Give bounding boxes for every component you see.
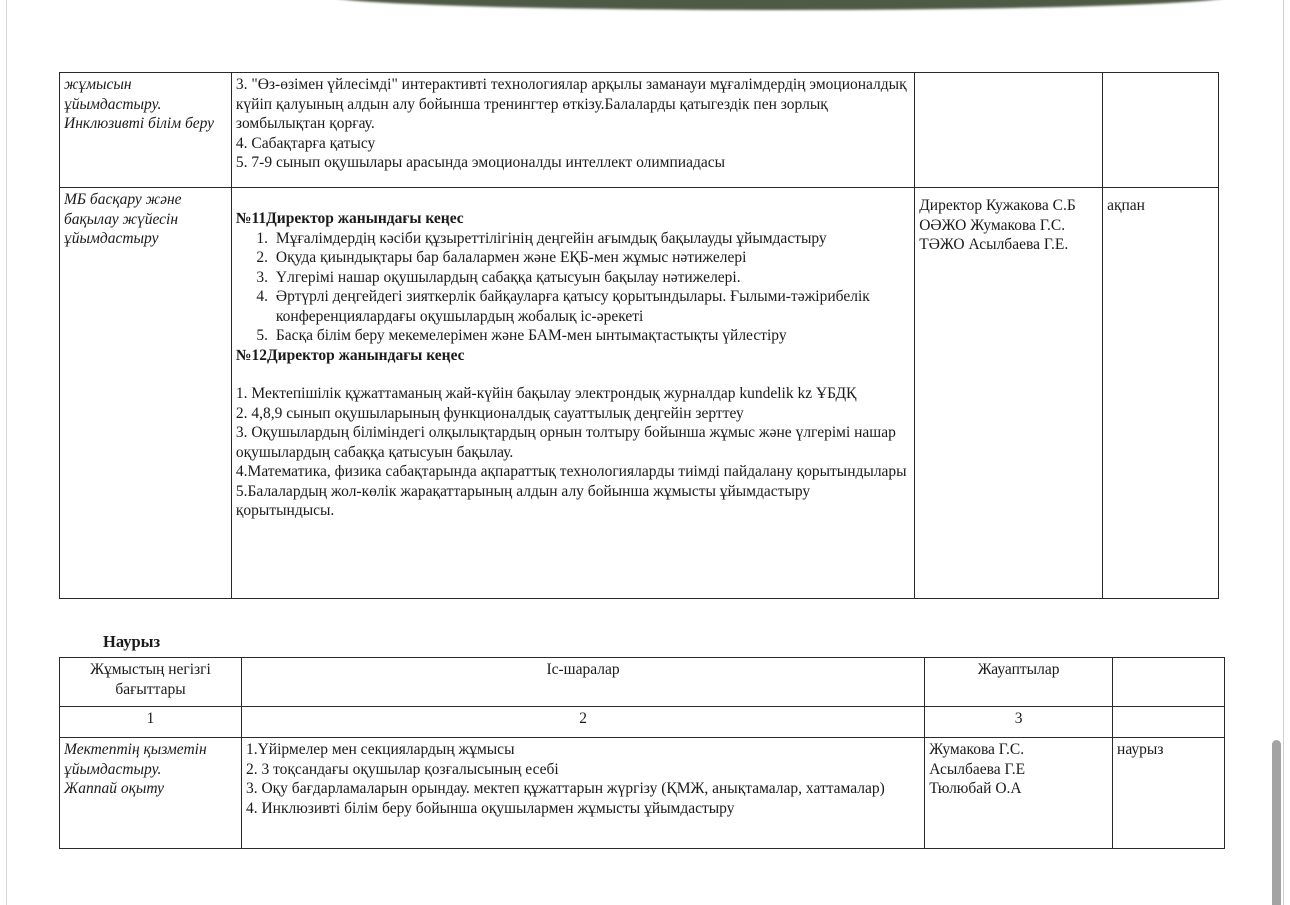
column-number: 3 <box>925 707 1113 738</box>
list-item: Басқа білім беру мекемелерімен және БАМ-… <box>272 326 910 346</box>
list-item: Үлгерімі нашар оқушылардың сабаққа қатыс… <box>272 268 910 288</box>
responsible-person: Жумакова Г.С. <box>929 740 1108 760</box>
page-right-edge <box>1283 0 1284 905</box>
column-number: 1 <box>60 707 242 738</box>
responsible-cell: Директор Кужакова С.Б ОӘЖО Жумакова Г.С.… <box>915 188 1103 599</box>
table-row: жұмысын ұйымдастыру. Инклюзивті білім бе… <box>60 73 1219 188</box>
activity-item: 2. 3 тоқсандағы оқушылар қозғалысының ес… <box>246 760 920 780</box>
responsible-cell: Жумакова Г.С. Асылбаева Г.Е Тюлюбай О.А <box>925 738 1113 849</box>
council-title: №11Директор жанындағы кеңес <box>236 209 910 229</box>
responsible-cell <box>915 73 1103 188</box>
direction-cell: Мектептің қызметін ұйымдастыру. Жаппай о… <box>60 738 242 849</box>
council-items-list: Мұғалімдердің кәсіби құзыреттілігінің де… <box>236 229 910 346</box>
column-number-row: 1 2 3 <box>60 707 1225 738</box>
activity-item: 4. Инклюзивті білім беру бойынша оқушыла… <box>246 799 920 819</box>
list-item: 3. Оқушылардың біліміндегі олқылықтардың… <box>236 423 910 462</box>
responsible-person: ТӘЖО Асылбаева Г.Е. <box>919 235 1098 255</box>
table-header-row: Жұмыстың негізгі бағыттары Іс-шаралар Жа… <box>60 658 1225 707</box>
month-title: Наурыз <box>103 632 160 652</box>
table-row: МБ басқару және бақылау жүйесін ұйымдаст… <box>60 188 1219 599</box>
list-item: 4.Математика, физика сабақтарында ақпара… <box>236 462 910 482</box>
deadline-cell <box>1103 73 1219 188</box>
plan-table-february: жұмысын ұйымдастыру. Инклюзивті білім бе… <box>59 72 1219 599</box>
direction-line: Жаппай оқыту <box>64 779 237 799</box>
activity-item: 5. 7-9 сынып оқушылары арасында эмоциона… <box>236 153 910 173</box>
council-title: №12Директор жанындағы кеңес <box>236 346 910 366</box>
list-item: Әртүрлі деңгейдегі зияткерлік байқауларғ… <box>272 287 910 326</box>
column-header <box>1113 658 1225 707</box>
activity-item: 4. Сабақтарға қатысу <box>236 134 910 154</box>
list-item: 1. Мектепішілік құжаттаманың жай-күйін б… <box>236 384 910 404</box>
plan-table-march: Жұмыстың негізгі бағыттары Іс-шаралар Жа… <box>59 657 1225 849</box>
column-number <box>1113 707 1225 738</box>
list-item: Оқуда қиындықтары бар балалармен және ЕҚ… <box>272 248 910 268</box>
activity-item: 3. "Өз-өзімен үйлесімді" интерактивті те… <box>236 75 910 134</box>
list-item: 5.Балалардың жол-көлік жарақаттарының ал… <box>236 482 910 521</box>
responsible-person: Тюлюбай О.А <box>929 779 1108 799</box>
activities-cell: 3. "Өз-өзімен үйлесімді" интерактивті те… <box>231 73 914 188</box>
list-item: 2. 4,8,9 сынып оқушыларының функционалды… <box>236 404 910 424</box>
activities-cell: 1.Үйірмелер мен секциялардың жұмысы 2. 3… <box>241 738 924 849</box>
responsible-person: ОӘЖО Жумакова Г.С. <box>919 216 1098 236</box>
page-top-shadow <box>330 0 1230 10</box>
column-header: Іс-шаралар <box>241 658 924 707</box>
page-left-edge <box>6 0 7 905</box>
direction-cell: жұмысын ұйымдастыру. Инклюзивті білім бе… <box>60 73 232 188</box>
activities-cell: №11Директор жанындағы кеңес Мұғалімдерді… <box>231 188 914 599</box>
list-item: Мұғалімдердің кәсіби құзыреттілігінің де… <box>272 229 910 249</box>
column-header: Жауаптылар <box>925 658 1113 707</box>
column-header: Жұмыстың негізгі бағыттары <box>60 658 242 707</box>
table-row: Мектептің қызметін ұйымдастыру. Жаппай о… <box>60 738 1225 849</box>
column-number: 2 <box>241 707 924 738</box>
direction-cell: МБ басқару және бақылау жүйесін ұйымдаст… <box>60 188 232 599</box>
deadline-cell: наурыз <box>1113 738 1225 849</box>
direction-line: ұйымдастыру. <box>64 760 237 780</box>
vertical-scrollbar[interactable] <box>1272 740 1281 905</box>
deadline-cell: ақпан <box>1103 188 1219 599</box>
direction-line: Мектептің қызметін <box>64 740 237 760</box>
responsible-person: Директор Кужакова С.Б <box>919 196 1098 216</box>
activity-item: 1.Үйірмелер мен секциялардың жұмысы <box>246 740 920 760</box>
activity-item: 3. Оқу бағдарламаларын орындау. мектеп қ… <box>246 779 920 799</box>
responsible-person: Асылбаева Г.Е <box>929 760 1108 780</box>
